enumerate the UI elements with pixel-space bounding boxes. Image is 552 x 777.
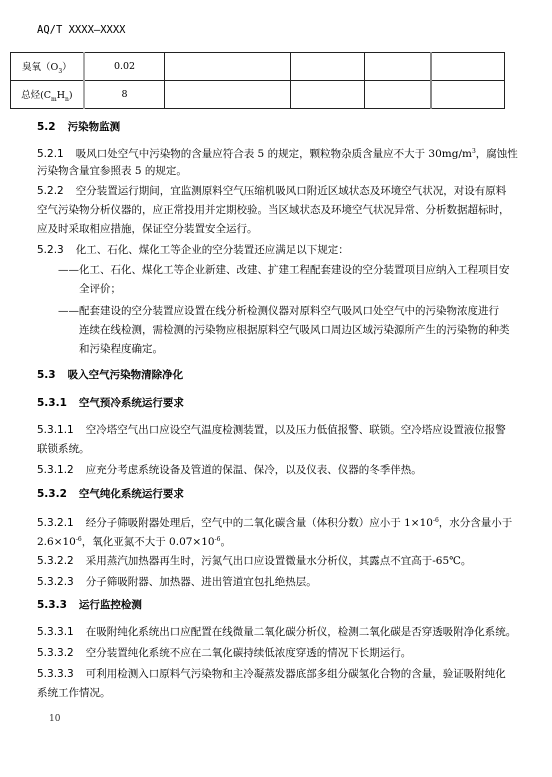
clause-5-3-2-2: 5.3.2.2采用蒸汽加热器再生时，污氮气出口应设置微量水分析仪，其露点不宜高于… [37,554,471,568]
table-cell-empty [431,81,504,109]
section-heading-5-3-1: 5.3.1空气预冷系统运行要求 [37,396,184,410]
table-cell-pollutant: 臭氧（O3） [11,53,84,81]
table-cell-value: 8 [84,81,165,109]
clause-5-3-3-1: 5.3.3.1在吸附纯化系统出口应配置在线微量二氧化碳分析仪，检测二氧化碳是否穿… [37,625,516,639]
table-cell-value: 0.02 [84,53,165,81]
clause-5-3-2-3: 5.3.2.3分子筛吸附器、加热器、进出管道宜包扎绝热层。 [37,575,317,589]
clause-5-2-2-cont: 空气污染物分析仪器的，应正常投用并定期校验。当区域状态及环境空气状况异常、分析数… [37,203,510,217]
table-cell-empty [165,81,291,109]
table-cell-empty [364,81,431,109]
bullet-item-cont: 全评价； [79,282,121,296]
page-number: 10 [49,714,60,724]
clause-5-3-3-2: 5.3.3.2空分装置纯化系统不应在二氧化碳持续低浓度穿透的情况下长期运行。 [37,646,411,660]
clause-5-3-2-1: 5.3.2.1经分子筛吸附器处理后，空气中的二氧化碳含量（体积分数）应小于 1×… [37,514,512,530]
table-cell-empty [165,53,291,81]
table-row: 臭氧（O3） 0.02 [11,53,505,81]
clause-5-3-1-1-cont: 联锁系统。 [37,442,90,456]
clause-5-3-1-1: 5.3.1.1空冷塔空气出口应设空气温度检测装置，以及压力低值报警、联锁。空冷塔… [37,423,506,437]
bullet-item: ——化工、石化、煤化工等企业新建、改建、扩建工程配套建设的空分装置项目应纳入工程… [58,263,510,277]
section-heading-5-2: 5.2污染物监测 [37,120,120,134]
clause-5-3-2-1-cont: 2.6×10-6，氧化亚氮不大于 0.07×10-6。 [37,533,231,549]
clause-5-2-3: 5.2.3化工、石化、煤化工等企业的空分装置还应满足以下规定： [37,243,349,257]
table-cell-empty [431,53,504,81]
section-heading-5-3: 5.3吸入空气污染物清除净化 [37,368,183,382]
table-cell-pollutant: 总烃(CmHn) [11,81,84,109]
table-cell-empty [364,53,431,81]
section-heading-5-3-2: 5.3.2空气纯化系统运行要求 [37,487,184,501]
clause-5-2-1: 5.2.1吸风口处空气中污染物的含量应符合表 5 的规定，颗粒物杂质含量应不大于… [37,145,518,161]
pollutant-limits-table: 臭氧（O3） 0.02 总烃(CmHn) 8 [10,52,505,109]
bullet-item: ——配套建设的空分装置应设置在线分析检测仪器对原料空气吸风口处空气中的污染物浓度… [58,304,499,318]
clause-5-3-1-2: 5.3.1.2应充分考虑系统设备及管道的保温、保冷，以及仪表、仪器的冬季伴热。 [37,463,422,477]
clause-5-2-2: 5.2.2空分装置运行期间，宜监测原料空气压缩机吸风口附近区域状态及环境空气状况… [37,184,506,198]
table-row: 总烃(CmHn) 8 [11,81,505,109]
table-cell-empty [291,81,364,109]
bullet-item-cont: 连续在线检测，需检测的污染物应根据原料空气吸风口周边区域污染源所产生的污染物的种… [79,323,510,337]
table-cell-empty [291,53,364,81]
section-heading-5-3-3: 5.3.3运行监控检测 [37,598,142,612]
clause-5-2-1-cont: 污染物含量宜参照表 5 的规定。 [37,164,187,178]
document-code-header: AQ/T XXXX—XXXX [37,24,126,36]
clause-5-3-3-3-cont: 系统工作情况。 [37,686,111,700]
bullet-item-cont: 和污染程度确定。 [79,342,163,356]
clause-5-3-3-3: 5.3.3.3可利用检测入口原料气污染物和主冷凝蒸发器底部多组分碳氢化合物的含量… [37,667,506,681]
clause-5-2-2-cont: 应及时采取相应措施，保证空分装置安全运行。 [37,222,258,236]
